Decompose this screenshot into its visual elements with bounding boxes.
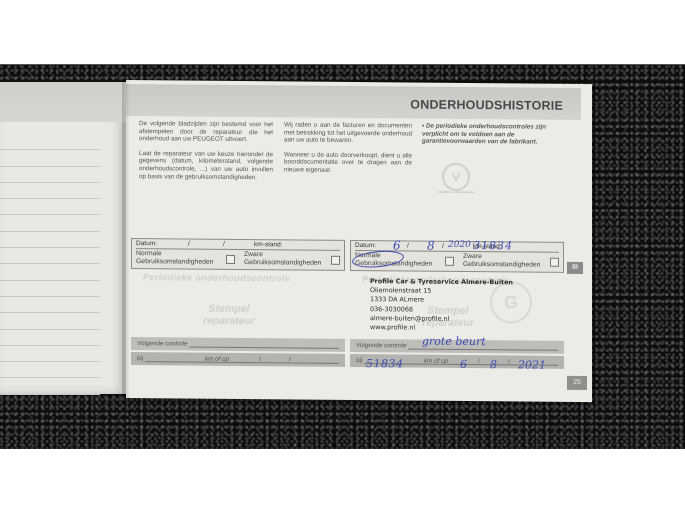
- intro-text: Wanneer u de auto doorverkoopt, dient u …: [284, 151, 412, 175]
- page-title: ONDERHOUDSHISTORIE: [410, 97, 563, 112]
- next-check-label: Volgende controle: [356, 342, 407, 349]
- garage-stamp: Profile Car & Tyreservice Almere-Buiten …: [370, 277, 513, 333]
- handwritten-next-year: 2021: [518, 358, 546, 371]
- normal-conditions-checkbox[interactable]: [445, 257, 454, 266]
- left-page-header-band: [0, 82, 126, 122]
- entry-header: Datum: 6 / 8 / 2020 km-stand: 31834 Norm…: [350, 240, 564, 273]
- periodic-check-watermark: Periodieke onderhoudscontrole: [143, 272, 290, 283]
- stamp-placeholder: Stempelreparateur: [203, 303, 255, 327]
- book-spine-shadow: [122, 80, 130, 398]
- handwritten-day: 6: [393, 238, 401, 252]
- date-row: Datum: / / km-stand:: [136, 240, 340, 251]
- heavy-conditions-label: ZwareGebruiksomstandigheden: [463, 253, 540, 269]
- ruled-lines: [0, 134, 100, 395]
- intro-text: Laat de reparateur van uw keuze hieronde…: [139, 150, 273, 182]
- normal-conditions-label: NormaleGebruiksomstandigheden: [136, 250, 213, 266]
- date-slash: /: [223, 241, 225, 248]
- service-entry-1: Datum: / / km-stand: NormaleGebruiksomst…: [131, 238, 345, 368]
- watermark-text: ▬▬▬ ▬▬▬▬: [416, 189, 496, 196]
- service-entry-2: Datum: 6 / 8 / 2020 km-stand: 31834 Norm…: [350, 240, 564, 370]
- handwritten-next-day: 6: [460, 358, 467, 371]
- intro-text: Wij raden u aan de facturen en documente…: [284, 121, 412, 145]
- date-slash: /: [442, 243, 444, 250]
- stamp-web: www.profile.nl: [370, 323, 513, 333]
- handwritten-next-month: 8: [490, 358, 497, 371]
- intro-column-1: De volgende bladzijden zijn bestemd voor…: [139, 120, 273, 188]
- date-slash: /: [188, 241, 190, 248]
- normal-conditions-checkbox[interactable]: [226, 255, 235, 264]
- km-stand-label: km-stand:: [254, 241, 283, 248]
- intro-column-2: Wij raden u aan de facturen en documente…: [284, 121, 412, 182]
- intro-column-3: • De periodieke onderhoudscontroles zijn…: [422, 123, 552, 154]
- next-check-row: Volgende controle grote beurt: [350, 339, 564, 354]
- page-number: 25: [567, 376, 587, 390]
- handwritten-next-check: grote beurt: [422, 335, 486, 349]
- service-history-page: ONDERHOUDSHISTORIE De volgende bladzijde…: [126, 80, 592, 402]
- handwritten-month: 8: [427, 239, 435, 253]
- section-tab-marker: III: [567, 262, 583, 274]
- header-band: ONDERHOUDSHISTORIE: [126, 84, 581, 120]
- km-of-op-label: km of op: [205, 356, 229, 363]
- km-of-op-label: km of op: [424, 358, 448, 365]
- handwritten-year: 2020: [448, 240, 471, 250]
- peugeot-watermark-logo-icon: V: [442, 163, 470, 191]
- left-notes-page: [0, 82, 126, 394]
- handwritten-next-km: 51834: [366, 357, 404, 370]
- next-km-date-row: bij km of op / /: [131, 352, 345, 367]
- warranty-note: • De periodieke onderhoudscontroles zijn…: [422, 123, 552, 147]
- heavy-conditions-checkbox[interactable]: [550, 258, 559, 267]
- intro-text: De volgende bladzijden zijn bestemd voor…: [139, 120, 273, 144]
- entry-header: Datum: / / km-stand: NormaleGebruiksomst…: [131, 238, 345, 271]
- next-km-date-row: bij 51834 km of op 6 / 8 / 2021: [350, 354, 564, 369]
- heavy-conditions-checkbox[interactable]: [331, 256, 340, 265]
- datum-label: Datum:: [136, 240, 157, 247]
- handwritten-km: 31834: [473, 239, 513, 252]
- next-check-row: Volgende controle: [131, 337, 345, 352]
- date-slash: /: [407, 242, 409, 249]
- datum-label: Datum:: [355, 242, 376, 249]
- next-check-label: Volgende controle: [137, 340, 188, 347]
- bij-label: bij: [356, 357, 362, 364]
- bij-label: bij: [137, 355, 143, 362]
- heavy-conditions-label: ZwareGebruiksomstandigheden: [244, 251, 321, 267]
